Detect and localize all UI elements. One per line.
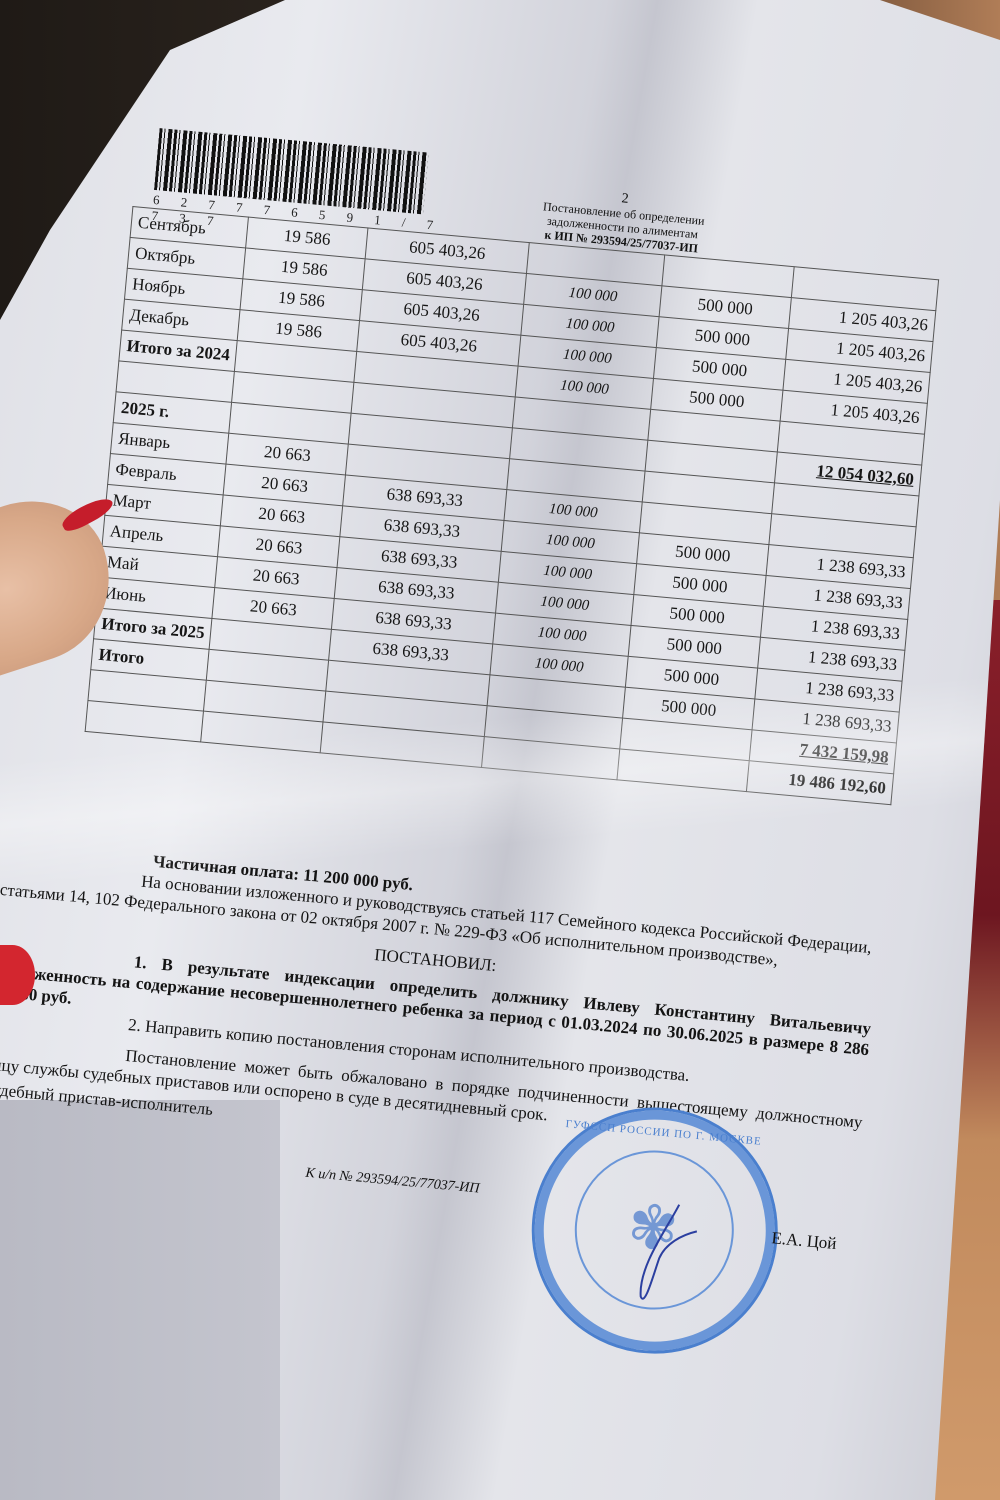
paper-sheet: 6 2 7 7 7 6 5 9 1 / 7 7 3 7 2 Постановле… <box>0 0 1000 1500</box>
resolution-text: Частичная оплата: 11 200 000 руб. На осн… <box>0 837 881 1179</box>
case-ref-bottom: К и/п № 293594/25/77037-ИП <box>305 1166 480 1198</box>
document-content: 6 2 7 7 7 6 5 9 1 / 7 7 3 7 2 Постановле… <box>0 120 946 1445</box>
debt-table: Сентябрь19 586605 403,26Октябрь19 586605… <box>85 206 940 805</box>
signature <box>615 1195 705 1312</box>
signer-name: Е.А. Цой <box>771 1228 838 1254</box>
